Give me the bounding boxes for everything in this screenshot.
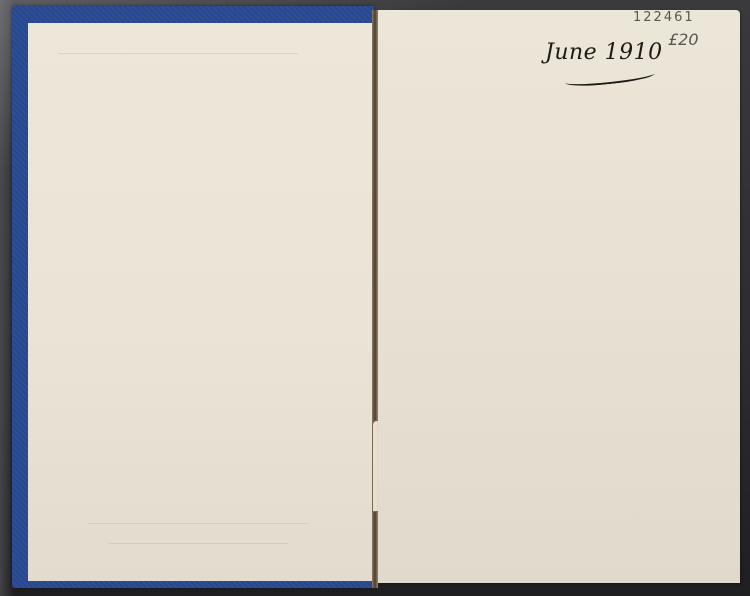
inscription-date: June 1910 bbox=[545, 40, 663, 65]
price-marking: £20 bbox=[668, 30, 699, 49]
faint-offset-line bbox=[88, 523, 308, 524]
left-pastedown-page bbox=[28, 23, 374, 581]
faint-offset-line bbox=[58, 53, 298, 54]
faint-offset-line bbox=[108, 543, 288, 544]
right-flyleaf-page bbox=[378, 10, 740, 583]
accession-number: 122461 bbox=[633, 10, 695, 25]
